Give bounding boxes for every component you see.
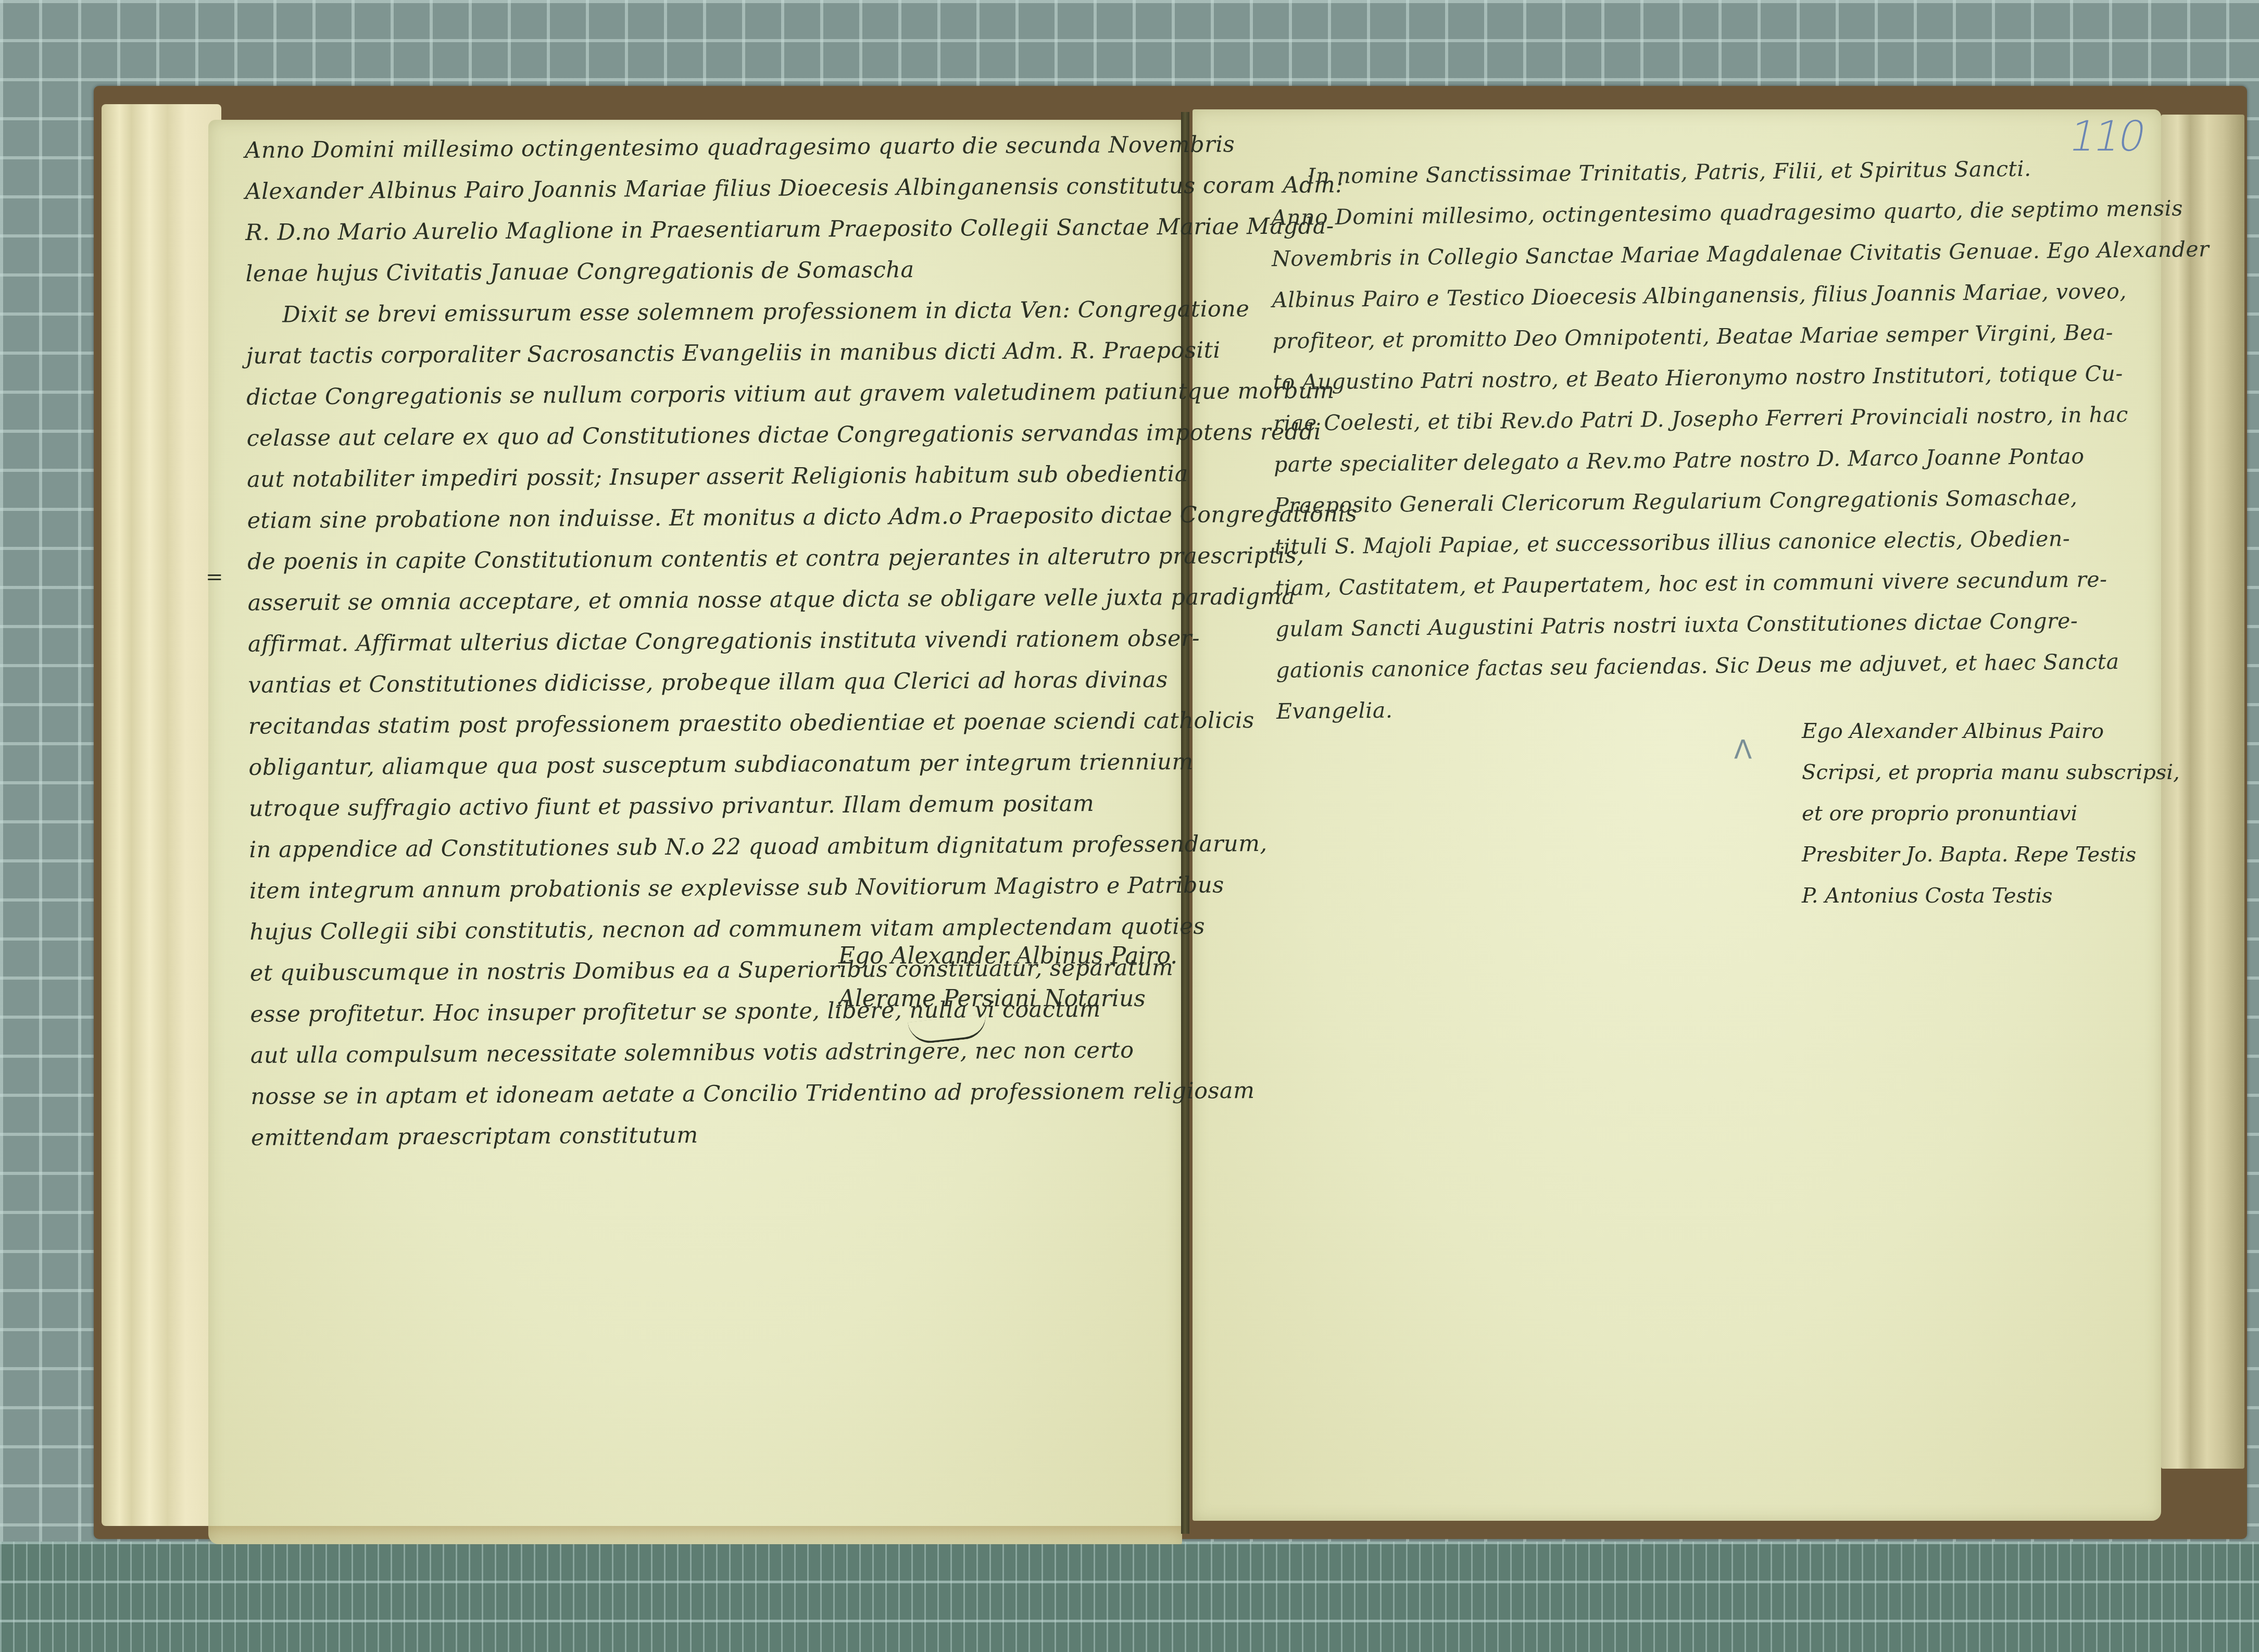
signature-line: Scripsi, et propria manu subscripsi, [1802,752,2180,793]
text-line: item integrum annum probationis se exple… [249,865,1187,912]
left-page-stack-edges [102,104,221,1526]
text-line: aut ulla compulsum necessitate solemnibu… [250,1030,1188,1077]
left-page-worn-edge [208,1526,1182,1547]
signature-line: Presbiter Jo. Bapta. Repe Testis [1802,834,2180,875]
left-page-signatures: Ego Alexander Albinus Pairo. Alerame Per… [838,935,1177,1020]
cutting-mat-lower [0,1542,2259,1652]
text-line: in appendice ad Constitutiones sub N.o 2… [249,824,1186,871]
signature-line: Alerame Persiani Notarius [838,978,1177,1020]
margin-mark: = [206,565,223,589]
text-line: obligantur, aliamque qua post susceptum … [248,742,1186,789]
text-line: etiam sine probatione non induisse. Et m… [247,495,1184,542]
signature-line: Ego Alexander Albinus Pairo. [838,935,1177,978]
text-line: jurat tactis corporaliter Sacrosanctis E… [246,330,1183,377]
text-line: celasse aut celare ex quo ad Constitutio… [246,412,1184,459]
text-line: Alexander Albinus Pairo Joannis Mariae f… [245,166,1182,212]
signature-line: Ego Alexander Albinus Pairo [1802,711,2180,752]
text-line: lenae hujus Civitatis Januae Congregatio… [245,248,1183,295]
text-line: Anno Domini millesimo octingentesimo qua… [245,124,1182,171]
text-line: asseruit se omnia acceptare, et omnia no… [247,577,1185,624]
text-line: emittendam praescriptam constitutum [251,1112,1188,1159]
text-line: vantias et Constitutiones didicisse, pro… [248,659,1185,706]
text-line: nosse se in aptam et idoneam aetate a Co… [250,1071,1188,1118]
text-line: affirmat. Affirmat ulterius dictae Congr… [248,618,1185,665]
right-page-signatures: Ego Alexander Albinus Pairo Scripsi, et … [1802,711,2180,917]
text-line: recitandas statim post professionem prae… [248,700,1186,747]
pencil-mark-icon: Λ [1734,734,1752,765]
text-line: de poenis in capite Constitutionum conte… [247,536,1185,583]
text-line: R. D.no Mario Aurelio Maglione in Praese… [245,207,1183,254]
text-line: dictae Congregationis se nullum corporis… [246,371,1184,418]
text-line: utroque suffragio activo fiunt et passiv… [249,783,1186,830]
right-page-text: In nomine Sanctissimae Trinitatis, Patri… [1271,147,2156,732]
text-line: Dixit se brevi emissurum esse solemnem p… [246,289,1183,336]
signature-line: et ore proprio pronuntiavi [1802,793,2180,834]
signature-line: P. Antonius Costa Testis [1802,875,2180,917]
text-line: aut notabiliter impediri possit; Insuper… [247,454,1184,500]
